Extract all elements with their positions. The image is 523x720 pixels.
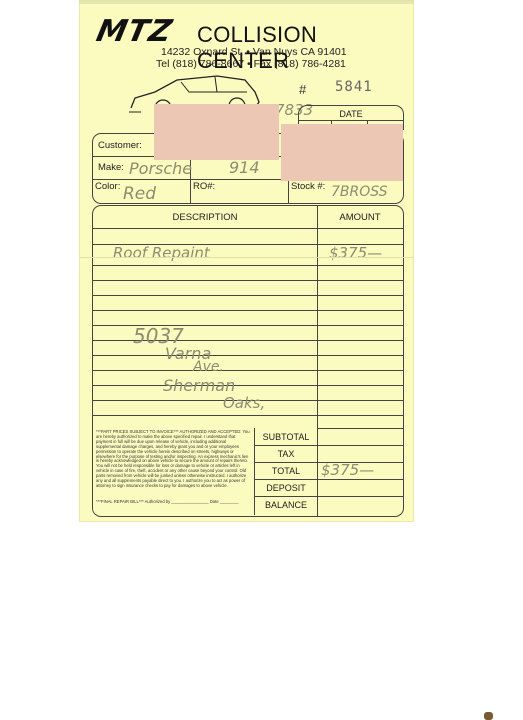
color-value: Red (123, 184, 156, 204)
total-label: TOTAL (255, 466, 317, 476)
tax-label: TAX (255, 449, 317, 459)
total-value: $375— (321, 461, 374, 479)
subtotal-label: SUBTOTAL (255, 432, 317, 442)
customer-label: Customer: (98, 140, 142, 151)
signature-line: ***FINAL REPAIR BILL*** Authorized by __… (96, 500, 238, 505)
company-address: 14232 Oxnard St. • Van Nuys CA 91401 (161, 46, 347, 58)
line-item-description: Roof Repaint (113, 244, 210, 262)
ro-label: RO#: (193, 181, 215, 192)
legal-terms: ***PART PRICES SUBJECT TO INVOICE*** AUT… (93, 428, 255, 515)
address-note-line: Ave. (193, 359, 224, 375)
amount-header: AMOUNT (317, 212, 403, 223)
address-note-line: Sherman (163, 376, 235, 395)
balance-label: BALANCE (255, 500, 317, 510)
invoice-paper: MTZ COLLISION CENTER 14232 Oxnard St. • … (79, 0, 414, 522)
paper-fold-line (79, 257, 414, 258)
color-label: Color: (95, 181, 120, 192)
paper-top-edge (79, 0, 414, 4)
make-label: Make: (98, 162, 124, 173)
address-note-line: Oaks, (223, 394, 265, 412)
description-header: DESCRIPTION (93, 212, 317, 223)
line-item-amount: $375— (329, 244, 382, 262)
legal-terms-text: ***PART PRICES SUBJECT TO INVOICE*** AUT… (96, 429, 250, 488)
stock-label: Stock #: (291, 181, 325, 192)
scan-speck (484, 712, 493, 720)
redaction-block (281, 124, 403, 181)
date-label: DATE (299, 109, 403, 119)
company-phone: Tel (818) 786-8667 • Fax (818) 786-4281 (156, 58, 346, 70)
stock-value: 7BROSS (331, 184, 388, 200)
totals-labels: SUBTOTAL TAX TOTAL DEPOSIT BALANCE (255, 428, 317, 515)
make-value: Porsche (129, 159, 192, 178)
deposit-label: DEPOSIT (255, 483, 317, 493)
invoice-number-hash: # (299, 82, 306, 97)
invoice-number: 5841 (335, 79, 373, 95)
description-table: DESCRIPTION AMOUNT Roof Repaint $375— 50… (92, 205, 404, 517)
redaction-block (154, 104, 279, 160)
company-logo: MTZ (93, 14, 176, 49)
model-value: 914 (229, 158, 260, 177)
